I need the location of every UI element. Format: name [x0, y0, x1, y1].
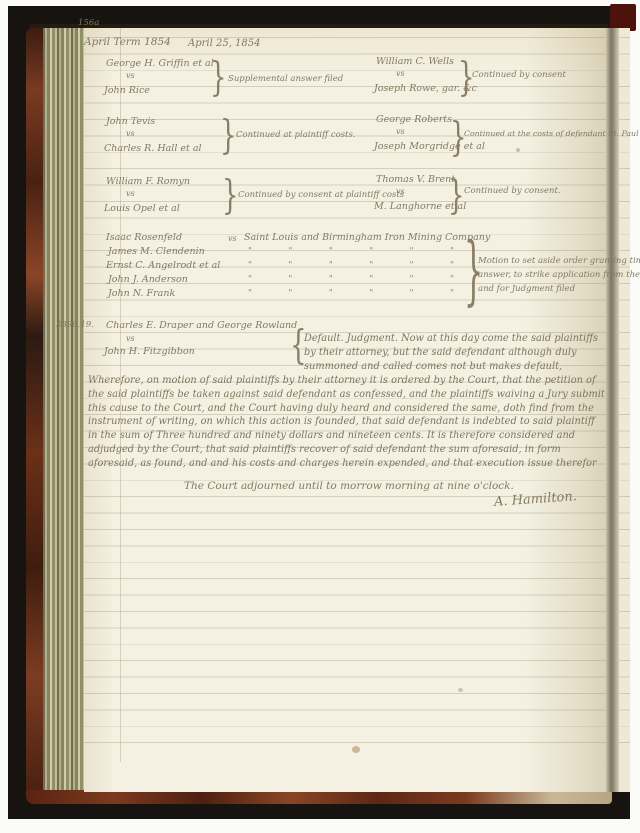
- vs-label: vs: [228, 234, 237, 243]
- case-note: Supplemental answer filed: [228, 74, 343, 84]
- page-stain: [516, 148, 520, 152]
- case-entry: George H. Griffin et al vs John Rice } S…: [106, 58, 346, 114]
- ditto-mark: ": [248, 274, 252, 284]
- case-entry: William C. Wells vs Joseph Rowe, gar. &c…: [376, 56, 616, 112]
- folio-number: 156a: [78, 18, 99, 28]
- case-brace-icon: }: [210, 58, 227, 98]
- ditto-mark: ": [410, 246, 414, 256]
- page-stain: [458, 688, 463, 692]
- ditto-marks-row: """""": [248, 288, 454, 298]
- ditto-mark: ": [450, 260, 454, 270]
- defendant-name: Charles R. Hall et al: [104, 143, 202, 154]
- ledger-page: 156a April Term 1854 April 25, 1854 Geor…: [84, 28, 606, 792]
- vs-label: vs: [396, 69, 405, 78]
- case-entry: William F. Romyn vs Louis Opel et al } C…: [106, 176, 346, 232]
- book-page-edges: [43, 28, 85, 794]
- ditto-mark: ": [329, 288, 333, 298]
- vs-label: vs: [396, 127, 405, 136]
- plaintiff-name: George Roberts: [376, 114, 452, 125]
- ditto-mark: ": [288, 246, 292, 256]
- defendant-name: Louis Opel et al: [104, 203, 180, 214]
- plaintiff-name: Isaac Rosenfeld: [106, 232, 182, 243]
- margin-amount: $390.19.: [56, 320, 94, 330]
- ditto-marks-row: """""": [248, 274, 454, 284]
- group-note-line: and for Judgment filed: [478, 284, 575, 294]
- defendant-name: Joseph Morgridge et al: [374, 141, 485, 152]
- plaintiff-name: John N. Frank: [108, 288, 175, 299]
- ditto-mark: ": [450, 274, 454, 284]
- plaintiff-name: Ernst C. Angelrodt et al: [106, 260, 220, 271]
- paragraph-indent-spacer: [88, 332, 304, 361]
- page-stain: [352, 746, 360, 753]
- ditto-mark: ": [329, 260, 333, 270]
- defendant-name: John Rice: [104, 85, 150, 96]
- term-date: April 25, 1854: [188, 38, 261, 49]
- term-heading: April Term 1854: [84, 36, 171, 48]
- book-bottom-edge: [26, 790, 612, 804]
- facing-page-sliver: [619, 28, 630, 792]
- ditto-mark: ": [248, 288, 252, 298]
- plaintiff-name: Thomas V. Brent: [376, 174, 455, 185]
- ditto-mark: ": [410, 260, 414, 270]
- ditto-mark: ": [288, 260, 292, 270]
- case-brace-icon: }: [220, 116, 237, 156]
- ditto-mark: ": [248, 246, 252, 256]
- group-note-line: Motion to set aside order granting time …: [478, 256, 640, 266]
- vs-label: vs: [126, 129, 135, 138]
- case-entry: Thomas V. Brent vs M. Langhorne et al } …: [376, 174, 616, 230]
- ditto-mark: ": [450, 288, 454, 298]
- ditto-mark: ": [329, 246, 333, 256]
- plaintiff-name: John J. Anderson: [108, 274, 188, 285]
- case-brace-icon: }: [448, 176, 465, 216]
- plaintiff-name: Charles E. Draper and George Rowland: [106, 320, 297, 331]
- ditto-marks-row: """""": [248, 260, 454, 270]
- ditto-mark: ": [329, 274, 333, 284]
- ditto-mark: ": [288, 274, 292, 284]
- case-note: Continued at plaintiff costs.: [236, 130, 356, 140]
- ditto-mark: ": [369, 274, 373, 284]
- book-spine-leather: [26, 28, 43, 800]
- ditto-marks-row: """""": [248, 246, 454, 256]
- case-note: Continued by consent.: [464, 186, 561, 196]
- ditto-mark: ": [369, 288, 373, 298]
- ditto-mark: ": [410, 288, 414, 298]
- plaintiff-name: George H. Griffin et al: [106, 58, 214, 69]
- group-defendant-name: Saint Louis and Birmingham Iron Mining C…: [244, 232, 490, 243]
- plaintiff-name: John Tevis: [106, 116, 155, 127]
- ditto-mark: ": [288, 288, 292, 298]
- ditto-mark: ": [248, 260, 252, 270]
- adjournment-line: The Court adjourned until to morrow morn…: [184, 480, 514, 492]
- judgment-body-text: Default. Judgment. Now at this day come …: [88, 332, 605, 471]
- case-entry: George Roberts vs Joseph Morgridge et al…: [376, 114, 616, 170]
- ditto-mark: ": [450, 246, 454, 256]
- plaintiff-name: James M. Clendenin: [108, 246, 205, 257]
- ditto-mark: ": [369, 260, 373, 270]
- group-case-entry: Isaac Rosenfeld James M. Clendenin Ernst…: [106, 232, 586, 312]
- facing-page-ruling: [619, 37, 630, 758]
- plaintiff-name: William F. Romyn: [106, 176, 190, 187]
- group-note-line: answer, to strike application from the f…: [478, 270, 640, 280]
- vs-label: vs: [126, 71, 135, 80]
- ditto-mark: ": [410, 274, 414, 284]
- ditto-mark: ": [369, 246, 373, 256]
- case-brace-icon: }: [450, 118, 467, 158]
- vs-label: vs: [396, 187, 405, 196]
- plaintiff-name: William C. Wells: [376, 56, 454, 67]
- case-brace-icon: }: [222, 176, 239, 216]
- case-entry: John Tevis vs Charles R. Hall et al } Co…: [106, 116, 346, 172]
- case-note: Continued at the costs of defendant St. …: [464, 129, 639, 138]
- vs-label: vs: [126, 189, 135, 198]
- book-corner-mark: [610, 4, 636, 31]
- case-note: Continued by consent: [472, 70, 566, 80]
